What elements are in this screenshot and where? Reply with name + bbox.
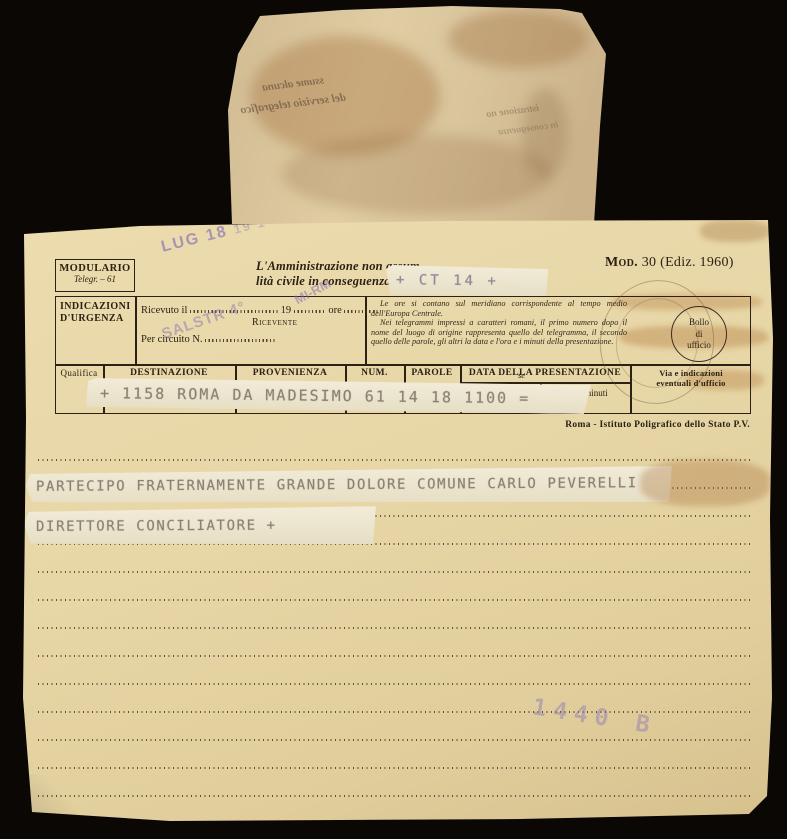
telegram-scan: ssume alcuna del servizio telegrafico is… — [0, 0, 787, 839]
dotted-writing-line — [38, 655, 752, 657]
message-tape-strip-2: DIRETTORE CONCILIATORE + — [24, 506, 376, 546]
dotted-writing-line — [38, 795, 752, 797]
dotted-writing-line — [38, 739, 752, 741]
dotted-writing-line — [38, 767, 752, 769]
dotted-writing-line — [38, 459, 752, 461]
dotted-writing-line — [38, 683, 752, 685]
flap-stain — [448, 10, 588, 68]
torn-top-flap: ssume alcuna del servizio telegrafico is… — [222, 6, 608, 224]
dotted-writing-line — [38, 599, 752, 601]
rust-streak — [640, 460, 770, 506]
flap-stain — [282, 134, 552, 214]
corner-fold-shadow — [22, 774, 92, 822]
message-line1: PARTECIPO FRATERNAMENTE GRANDE DOLORE CO… — [24, 475, 638, 495]
telegram-sheet: MODULARIO Telegr. – 61 LUG 18 19 1 L'Amm… — [20, 218, 776, 824]
dotted-writing-line — [38, 627, 752, 629]
dotted-writing-line — [38, 571, 752, 573]
message-line2: DIRETTORE CONCILIATORE + — [24, 518, 277, 535]
